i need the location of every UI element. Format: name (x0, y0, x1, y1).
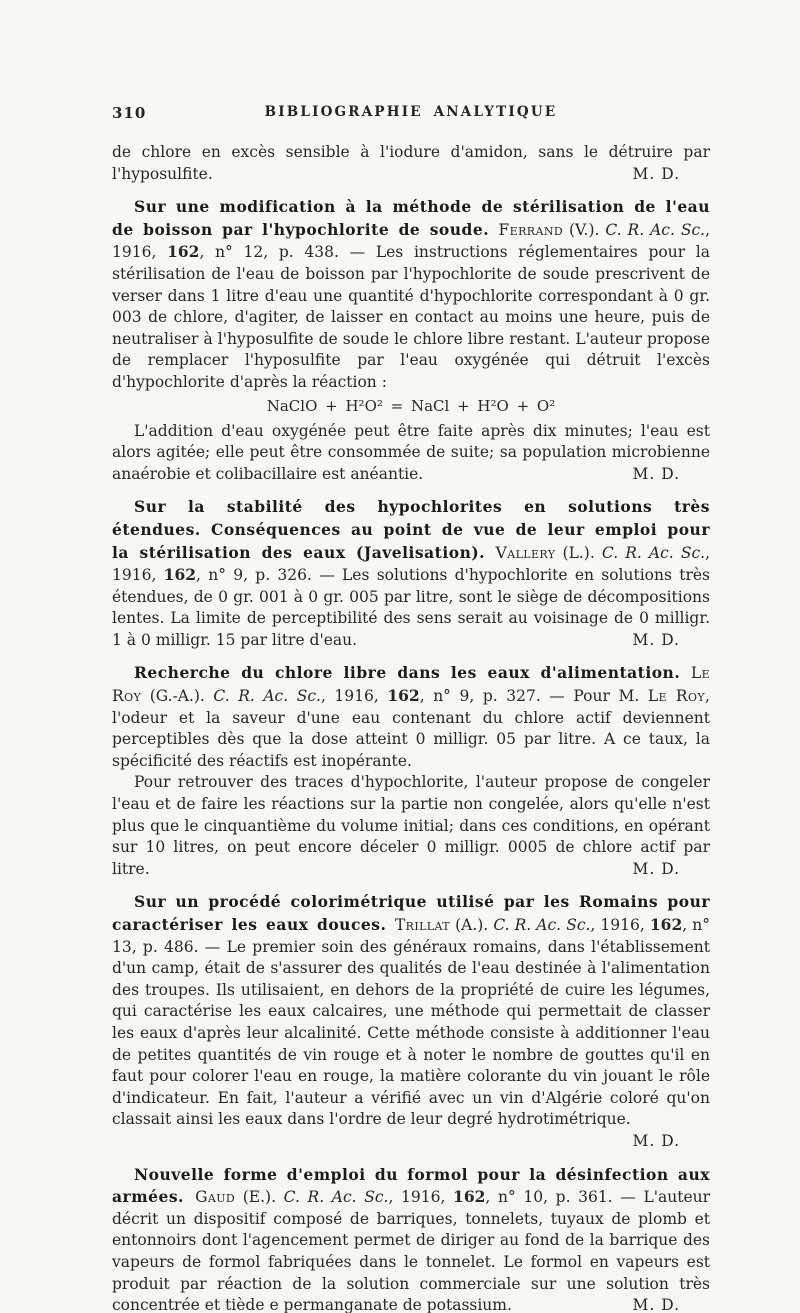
reviewer-signature: M. D. (610, 1131, 680, 1153)
reviewer-signature: M. D. (610, 859, 680, 881)
bibliography-entry: de chlore en excès sensible à l'iodure d… (112, 142, 710, 185)
entry-text: Pour M. (573, 687, 647, 705)
entry-ref-year: , 1916, (321, 687, 387, 705)
entry-author: Vallery (496, 544, 556, 562)
reviewer-signature: M. D. (610, 630, 680, 652)
entry-author-initials: (A.). (450, 916, 493, 934)
entry-ref-year: , 1916, (590, 916, 649, 934)
entry-volume: 162 (387, 686, 419, 705)
entry-author: Trillat (395, 916, 450, 934)
entry-author-initials: (E.). (235, 1188, 284, 1206)
entry-body: Recherche du chlore libre dans les eaux … (112, 662, 710, 772)
page-header: 310 BIBLIOGRAPHIE ANALYTIQUE (112, 104, 710, 126)
entry-journal: C. R. Ac. Sc. (284, 1188, 389, 1206)
entry-title: Recherche du chlore libre dans les eaux … (134, 663, 691, 682)
entry-body: Sur une modification à la méthode de sté… (112, 196, 710, 393)
page-number: 310 (112, 104, 146, 122)
entry-ref-year: , 1916, (388, 1188, 453, 1206)
entry-author-initials: (L.). (555, 544, 601, 562)
inline-author-name: Le Roy (648, 687, 705, 705)
entry-volume: 162 (650, 915, 682, 934)
reviewer-signature: M. D. (632, 164, 680, 186)
bibliography-entry: Sur une modification à la méthode de sté… (112, 196, 710, 485)
entry-body-continued: Pour retrouver des traces d'hypochlorite… (112, 772, 710, 880)
entry-author: Ferrand (499, 221, 564, 239)
entry-ref-pages: , n° 10, p. 361. — (485, 1188, 643, 1206)
entry-body: Sur un procédé colorimétrique utilisé pa… (112, 891, 710, 1152)
text-block: 310 BIBLIOGRAPHIE ANALYTIQUE de chlore e… (112, 104, 710, 1313)
entry-body-continued: L'addition d'eau oxygénée peut être fait… (112, 421, 710, 486)
entry-journal: C. R. Ac. Sc. (493, 916, 590, 934)
chemical-formula: NaClO + H²O² = NaCl + H²O + O² (112, 396, 710, 417)
entry-ref-pages: , n° 9, p. 326. — (196, 566, 342, 584)
bibliography-entry: Sur la stabilité des hypochlorites en so… (112, 496, 710, 651)
entry-body: Sur la stabilité des hypochlorites en so… (112, 496, 710, 651)
entry-volume: 162 (164, 565, 196, 584)
entry-author-initials: (G.-A.). (141, 687, 213, 705)
entry-journal: C. R. Ac. Sc. (213, 687, 321, 705)
entry-author: Gaud (195, 1188, 235, 1206)
running-header: BIBLIOGRAPHIE ANALYTIQUE (112, 104, 710, 120)
entry-text: Les instructions réglementaires pour la … (112, 243, 710, 391)
entry-body: Nouvelle forme d'emploi du formol pour l… (112, 1164, 710, 1313)
entry-author-initials: (V.). (563, 221, 605, 239)
entry-volume: 162 (453, 1187, 485, 1206)
bibliography-entry: Sur un procédé colorimétrique utilisé pa… (112, 891, 710, 1152)
entry-ref-pages: , n° 9, p. 327. — (420, 687, 574, 705)
entry-text: L'auteur décrit un dispositif composé de… (112, 1188, 710, 1313)
entry-ref-pages: , n° 12, p. 438. — (199, 243, 375, 261)
scanned-bibliography-page: 310 BIBLIOGRAPHIE ANALYTIQUE de chlore e… (0, 0, 800, 1313)
entry-volume: 162 (167, 242, 199, 261)
reviewer-signature: M. D. (610, 464, 680, 486)
entry-text: de chlore en excès sensible à l'iodure d… (112, 143, 710, 183)
bibliography-entry: Recherche du chlore libre dans les eaux … (112, 662, 710, 880)
entry-body: de chlore en excès sensible à l'iodure d… (112, 142, 710, 185)
entry-text: Le premier soin des généraux romains, da… (112, 938, 710, 1129)
bibliography-entry: Nouvelle forme d'emploi du formol pour l… (112, 1164, 710, 1313)
entry-journal: C. R. Ac. Sc. (602, 544, 705, 562)
reviewer-signature: M. D. (610, 1295, 680, 1313)
entry-journal: C. R. Ac. Sc. (605, 221, 705, 239)
